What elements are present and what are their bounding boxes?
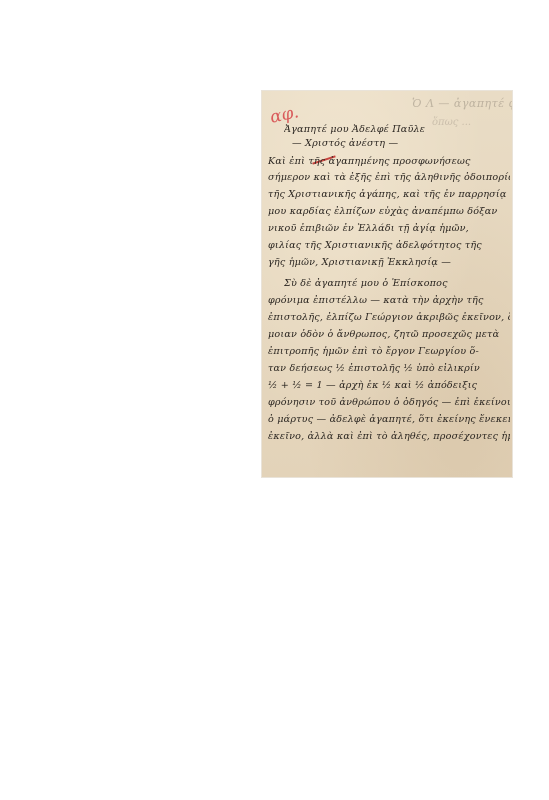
letter-line: μου καρδίας ἐλπίζων εὐχὰς ἀναπέμπω δόξαν (268, 205, 510, 219)
letter-line: σήμερον καὶ τὰ ἑξῆς ἐπὶ τῆς ἀληθινῆς ὁδο… (268, 171, 510, 185)
letter-line: μοιαν ὁδὸν ὁ ἄνθρωπος, ζητῶ προσεχῶς μετ… (268, 328, 510, 342)
letter-line: ἐπιτροπῆς ἡμῶν ἐπὶ τὸ ἔργον Γεωργίου ὅ- (268, 345, 510, 359)
letter-paragraph-start: Σὺ δὲ ἀγαπητέ μου ὁ Ἐπίσκοπος (284, 277, 510, 291)
letter-line: ἐπιστολῆς, ἐλπίζω Γεώργιον ἀκριβῶς ἐκεῖν… (268, 311, 510, 325)
letter-line: φιλίας τῆς Χριστιανικῆς ἀδελφότητος τῆς (268, 239, 510, 253)
letter-line: ταν δεήσεως ½ ἐπιστολῆς ½ ὑπὸ εἰλικρίν (268, 362, 510, 376)
letter-line: ἐκεῖνο, ἀλλὰ καὶ ἐπὶ τὸ ἀληθές, προσέχον… (268, 430, 510, 444)
letter-line: φρόνησιν τοῦ ἀνθρώπου ὁ ὁδηγός — ἐπὶ ἐκε… (268, 396, 510, 410)
letter-line: γῆς ἡμῶν, Χριστιανικῇ Ἐκκλησίᾳ — (268, 256, 510, 270)
letter-line: Καὶ ἐπὶ τῆς ἀγαπημένης προσφωνήσεως (268, 155, 510, 169)
letter-page: Ὁ Λ — ἀγαπητέ φίλε — ὅπως ... αφ. Ἀγαπητ… (262, 91, 512, 477)
letter-line: νικοῦ ἐπιβιῶν ἐν Ἐλλάδι τῇ ἀγίᾳ ἡμῶν, (268, 222, 510, 236)
letter-greeting: — Χριστός ἀνέστη — (292, 137, 510, 151)
letter-line: ½ + ½ = 1 — ἀρχὴ ἐκ ½ καὶ ½ ἀπόδειξις (268, 379, 510, 393)
letter-line: φρόνιμα ἐπιστέλλω — κατὰ τὴν ἀρχὴν τῆς (268, 294, 510, 308)
bleed-through-text: Ὁ Λ — ἀγαπητέ φίλε — (412, 97, 512, 110)
letter-salutation: Ἀγαπητέ μου Ἀδελφέ Παῦλε (284, 123, 510, 137)
letter-line: ὁ μάρτυς — ἀδελφὲ ἀγαπητέ, ὅτι ἐκείνης ἕ… (268, 413, 510, 427)
letter-line: τῆς Χριστιανικῆς ἀγάπης, καὶ τῆς ἐν παρρ… (268, 188, 510, 202)
